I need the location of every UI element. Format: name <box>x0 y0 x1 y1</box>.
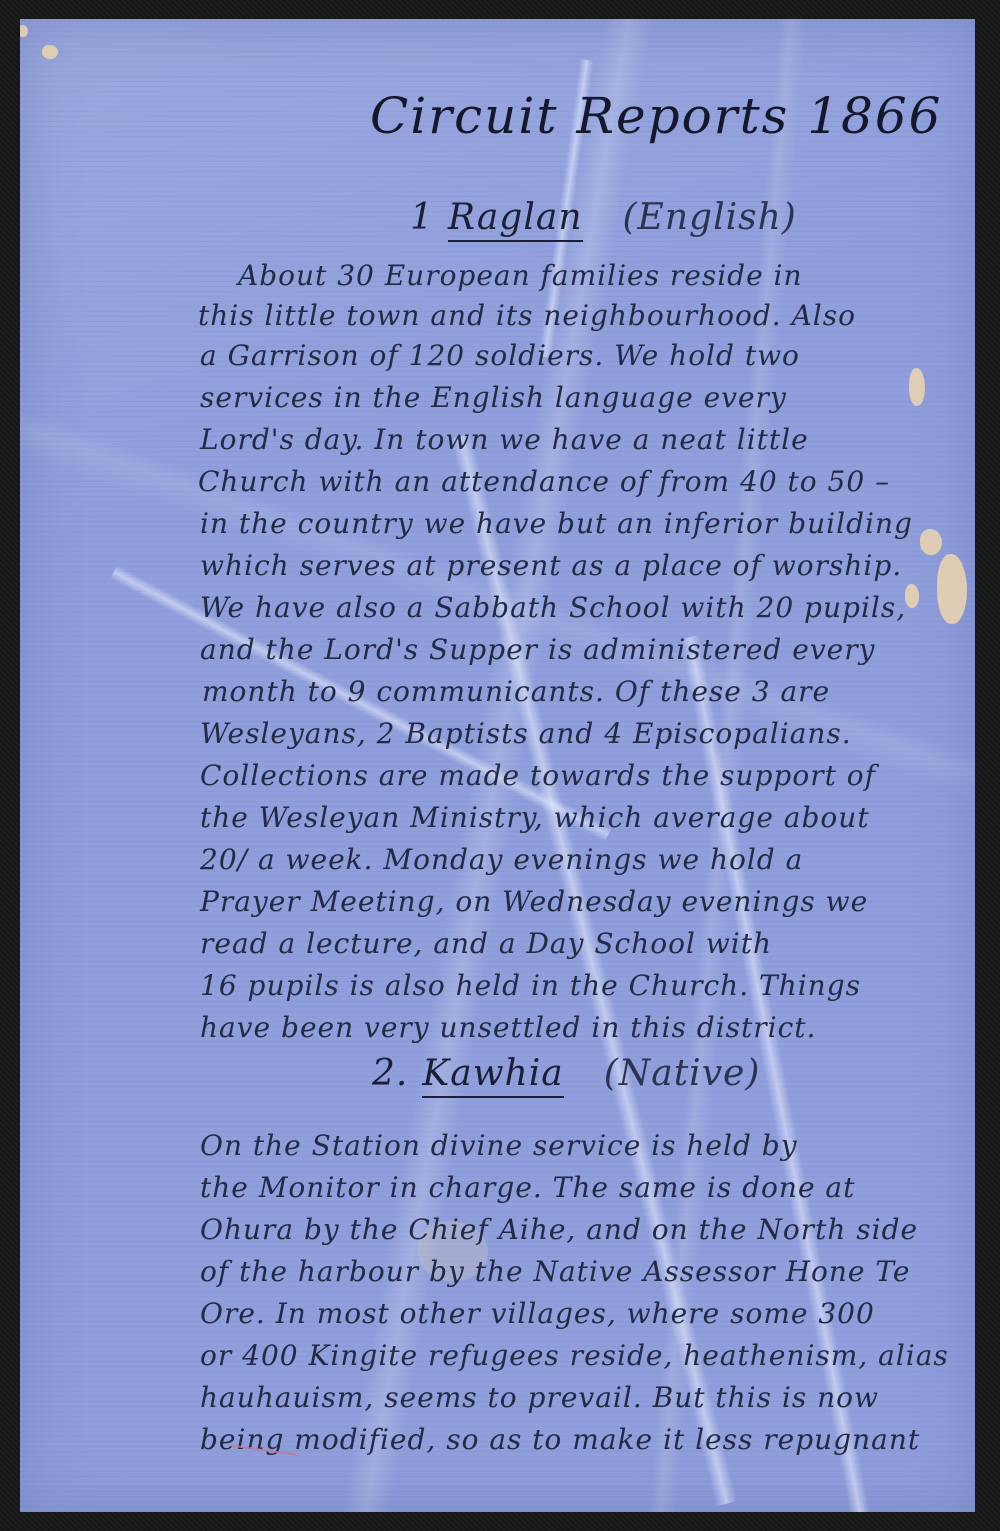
paper-stain <box>909 368 925 406</box>
paper-stain <box>20 25 28 37</box>
text-line: Ohura by the Chief Aihe, and on the Nort… <box>200 1211 918 1249</box>
text-line: services in the English language every <box>200 379 787 417</box>
text-line: 16 pupils is also held in the Church. Th… <box>200 967 861 1005</box>
text-line: which serves at present as a place of wo… <box>200 547 902 585</box>
section-qualifier: (Native) <box>604 1053 761 1094</box>
paper-stain <box>42 45 58 59</box>
paper-stain <box>920 529 942 555</box>
text-line: hauhauism, seems to prevail. But this is… <box>200 1379 879 1417</box>
text-line: and the Lord's Supper is administered ev… <box>200 631 875 669</box>
text-line: the Monitor in charge. The same is done … <box>200 1169 855 1207</box>
section-heading-raglan: 1Raglan(English) <box>410 197 797 238</box>
document-title: Circuit Reports 1866 <box>370 87 942 145</box>
text-line: the Wesleyan Ministry, which average abo… <box>200 799 870 837</box>
section-heading-kawhia: 2.Kawhia(Native) <box>372 1053 760 1094</box>
text-line: On the Station divine service is held by <box>200 1127 798 1165</box>
text-line: read a lecture, and a Day School with <box>200 925 772 963</box>
section-qualifier: (English) <box>623 197 797 238</box>
text-line: a Garrison of 120 soldiers. We hold two <box>200 337 800 375</box>
text-line: Ore. In most other villages, where some … <box>200 1295 875 1333</box>
section-name: Raglan <box>448 197 583 242</box>
text-line: We have also a Sabbath School with 20 pu… <box>200 589 906 627</box>
section-number: 1 <box>410 197 434 238</box>
text-line: or 400 Kingite refugees reside, heatheni… <box>200 1337 949 1375</box>
text-line: About 30 European families reside in <box>238 257 803 295</box>
text-line: month to 9 communicants. Of these 3 are <box>202 673 830 711</box>
text-line: Prayer Meeting, on Wednesday evenings we <box>200 883 868 921</box>
paper-stain <box>905 584 919 608</box>
section-number: 2. <box>372 1053 408 1094</box>
section-name: Kawhia <box>422 1053 563 1098</box>
text-line: have been very unsettled in this distric… <box>200 1009 816 1047</box>
text-line: 20/ a week. Monday evenings we hold a <box>200 841 803 879</box>
paper-stain <box>937 554 967 624</box>
text-line: Lord's day. In town we have a neat littl… <box>200 421 809 459</box>
manuscript-page: Circuit Reports 1866 1Raglan(English) Ab… <box>20 19 975 1512</box>
text-line: this little town and its neighbourhood. … <box>198 297 856 335</box>
text-line: being modified, so as to make it less re… <box>200 1421 920 1459</box>
text-line: Collections are made towards the support… <box>200 757 876 795</box>
text-line: Church with an attendance of from 40 to … <box>198 463 890 501</box>
text-line: Wesleyans, 2 Baptists and 4 Episcopalian… <box>200 715 852 753</box>
text-line: of the harbour by the Native Assessor Ho… <box>200 1253 910 1291</box>
text-line: in the country we have but an inferior b… <box>200 505 913 543</box>
